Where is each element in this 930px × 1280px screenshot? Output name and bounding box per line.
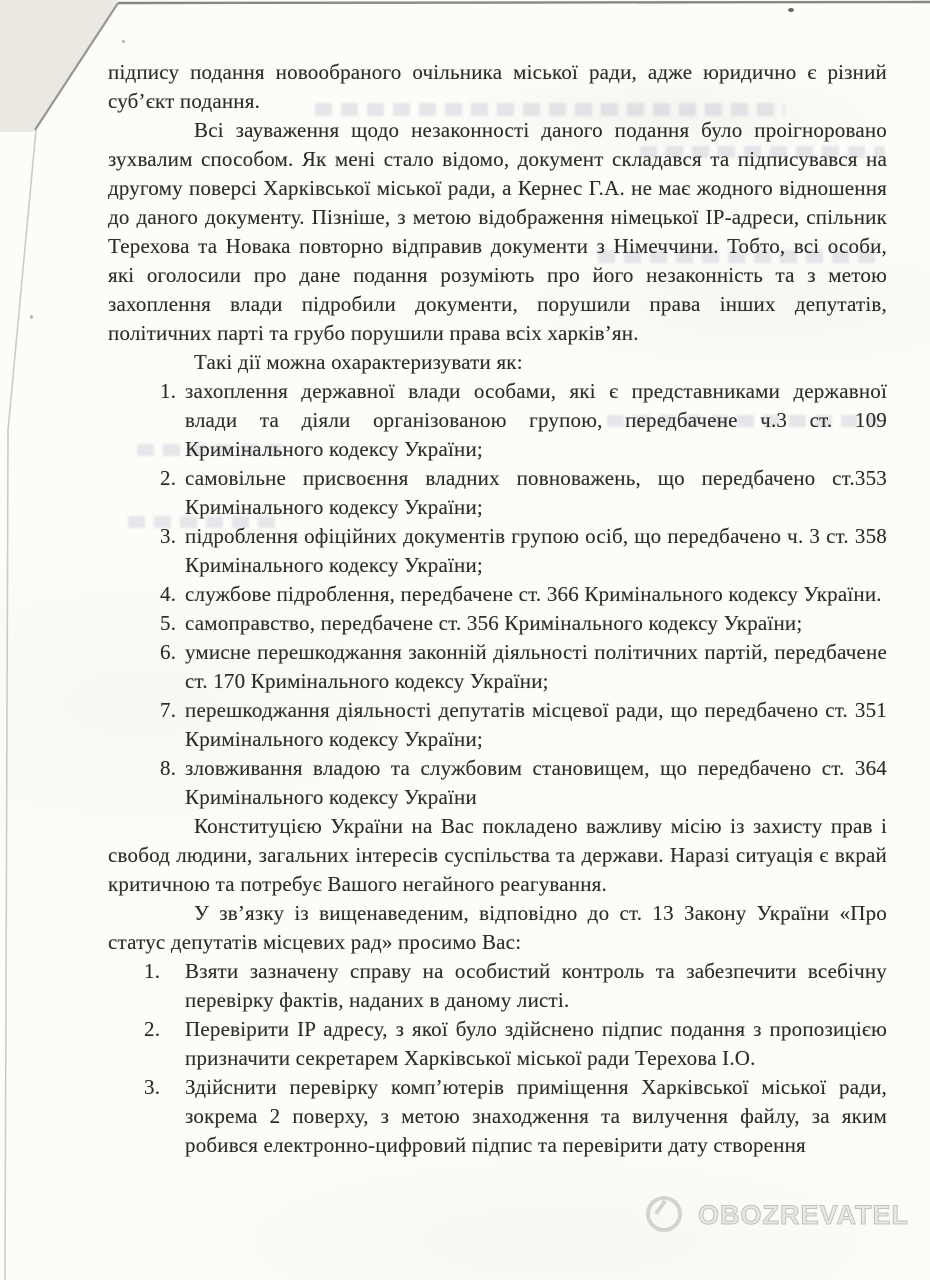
charges-list: 1. захоплення державної влади особами, я…: [108, 377, 887, 812]
watermark: OBOZREVATEL: [644, 1190, 930, 1244]
item-text: самовільне присвоєння владних повноважен…: [185, 466, 887, 519]
request-item: 1. Взяти зазначену справу на особистий к…: [108, 957, 887, 1015]
item-text: службове підроблення, передбачене ст. 36…: [185, 582, 882, 606]
item-text: Взяти зазначену справу на особистий конт…: [185, 959, 887, 1012]
item-number: 8.: [160, 754, 176, 783]
item-number: 3.: [144, 1073, 160, 1102]
item-number: 7.: [160, 696, 176, 725]
item-number: 1.: [160, 377, 176, 406]
paragraph-continuation: підпису подання новообраного очільника м…: [108, 58, 887, 116]
item-text: захоплення державної влади особами, які …: [185, 379, 887, 461]
item-text: Перевірити IP адресу, з якої було здійсн…: [185, 1017, 887, 1070]
item-text: умисне перешкоджання законній діяльності…: [185, 640, 887, 693]
item-text: самоправство, передбачене ст. 356 Кримін…: [185, 611, 802, 635]
item-text: підроблення офіційних документів групою …: [185, 524, 887, 577]
paragraph-request-lead: У зв’язку із вищенаведеним, відповідно д…: [108, 899, 887, 957]
item-number: 5.: [160, 609, 176, 638]
charge-item: 7. перешкоджання діяльності депутатів мі…: [108, 696, 887, 754]
charge-item: 1. захоплення державної влади особами, я…: [108, 377, 887, 464]
charge-item: 5. самоправство, передбачене ст. 356 Кри…: [108, 609, 887, 638]
item-text: Здійснити перевірку комп’ютерів приміщен…: [185, 1075, 887, 1157]
item-number: 4.: [160, 580, 176, 609]
charge-item: 6. умисне перешкоджання законній діяльно…: [108, 638, 887, 696]
item-number: 6.: [160, 638, 176, 667]
charge-item: 4. службове підроблення, передбачене ст.…: [108, 580, 887, 609]
item-number: 2.: [160, 464, 176, 493]
item-number: 1.: [144, 957, 160, 986]
charge-item: 8. зловживання владою та службовим стано…: [108, 754, 887, 812]
item-text: перешкоджання діяльності депутатів місце…: [185, 698, 887, 751]
scanned-document-photo: { "document": { "p1": "підпису подання н…: [0, 0, 930, 1280]
scan-speck: [122, 40, 125, 43]
paragraph-ignored-objections: Всі зауваження щодо незаконності даного …: [108, 116, 887, 348]
item-number: 3.: [160, 522, 176, 551]
scan-speck: [788, 8, 794, 12]
request-item: 2. Перевірити IP адресу, з якої було зді…: [108, 1015, 887, 1073]
requests-list: 1. Взяти зазначену справу на особистий к…: [108, 957, 887, 1160]
charge-item: 3. підроблення офіційних документів груп…: [108, 522, 887, 580]
charge-item: 2. самовільне присвоєння владних повнова…: [108, 464, 887, 522]
charges-lead-line: Такі дії можна охарактеризувати як:: [108, 348, 887, 377]
letter-body: підпису подання новообраного очільника м…: [108, 58, 887, 1160]
watermark-text: OBOZREVATEL: [698, 1200, 909, 1231]
item-number: 2.: [144, 1015, 160, 1044]
paragraph-constitution: Конституцією України на Вас покладено ва…: [108, 812, 887, 899]
request-item: 3. Здійснити перевірку комп’ютерів примі…: [108, 1073, 887, 1160]
scan-speck: [30, 315, 33, 319]
item-text: зловживання владою та службовим становищ…: [185, 756, 887, 809]
